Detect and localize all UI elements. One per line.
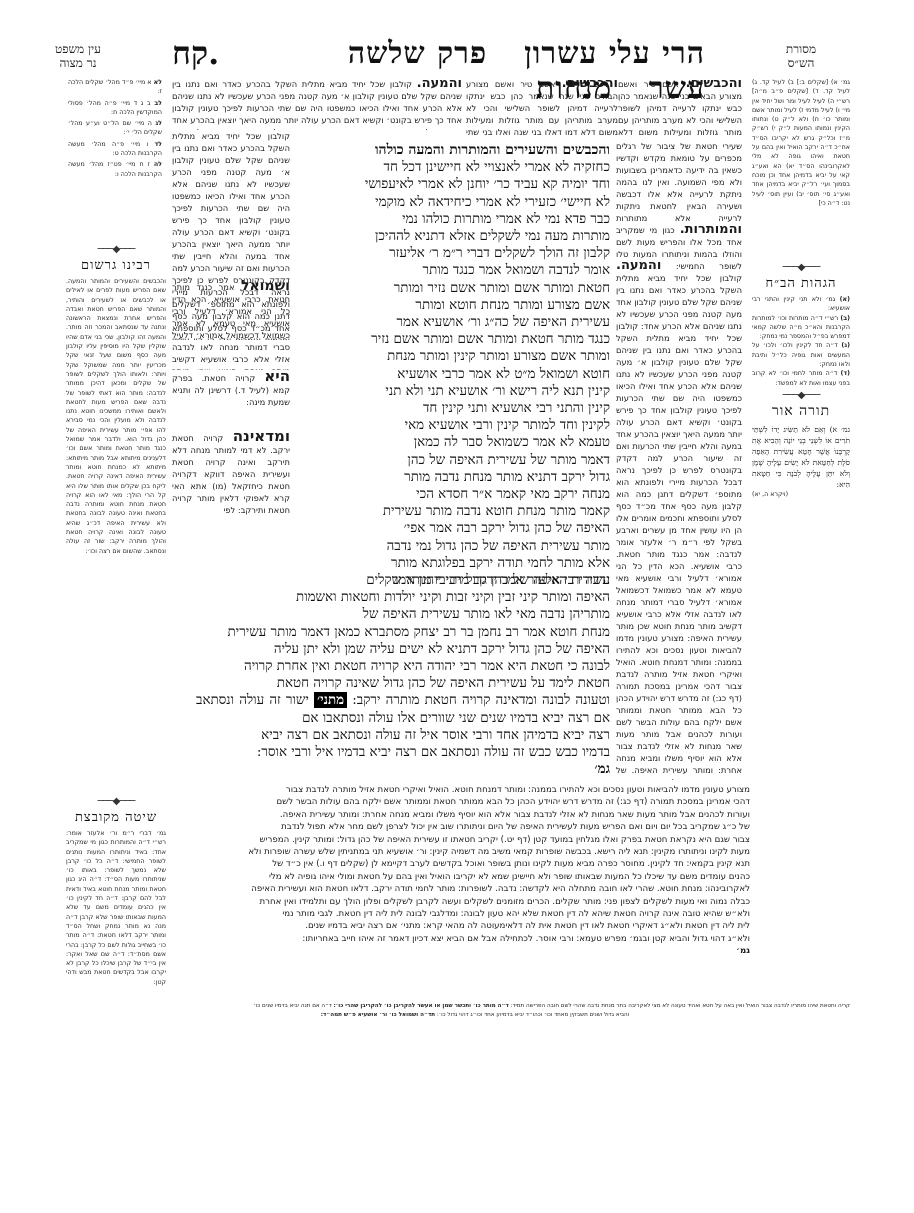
rashi-text: ועורות לכהנים אבל מותר מעות שאר מנחות לא… <box>616 729 742 775</box>
tosafot-dibur-hamatchil: והמעה. <box>417 78 462 91</box>
gemara-line: דאמר מותר של עשירית האיפה של כהן <box>296 452 610 469</box>
ein-mishpat-entry: לב ב ג ד מיי׳ פ״ה מהל׳ פסולי המוקדשין הל… <box>68 99 162 118</box>
gemara-line: חטאת לימד על עשירית האיפה של כהן גדול שא… <box>196 675 610 692</box>
tosafot-top: והמעה. קולבון שכל יחיד מביא מתלית השקל ב… <box>172 78 462 130</box>
gemara-line: קלבון זה הולך לשקלים דברי ר״מ ר׳ אליעזר <box>296 245 610 262</box>
daf-number: קח. <box>172 34 219 72</box>
gemara-line: כחזקיה לא אמרי לאנצויי לא חיישינן דכל חד <box>296 159 610 176</box>
commentary-line: תנא קינין בקמאי: חד לקינין. מחוסר כפרה מ… <box>170 858 750 870</box>
ornament-divider: ───◆─── <box>66 796 166 807</box>
gemara-line: גדול ירקב דתניא מותר מנחת נדבה מותר <box>296 469 610 486</box>
commentary-line: כבלה נמוה ואי מעות לשקלים לצפון פני: מות… <box>170 896 750 908</box>
gemara-line: לא חיישי׳ כזעירי לא אמרי כיחידאה לא מוקמ… <box>296 194 610 211</box>
shita-mekubetzet-title: שיטה מקובצת <box>66 809 166 825</box>
ein-mishpat-entry: לא א מיי׳ פ״ד מהל׳ שקלים הלכה ז: <box>68 78 162 97</box>
rashi-dibur-hamatchil: והכבשים. <box>562 78 618 91</box>
gemara-line: קאמר מותר מנחת חוטא נדבה מותר עשירית <box>296 503 610 520</box>
commentary-line: ועורות לכהנים אבל מותר מעות שאר מנחות לא… <box>170 809 750 821</box>
rashi-text: שעירי חטאת של ציבור של רגלים מכפרים על ט… <box>616 141 742 223</box>
torah-or-source: (ויקרא ה, יא) <box>752 490 850 499</box>
rashi-dibur-hamatchil: והכבשים. <box>686 78 742 91</box>
gemara-opening-line: והכבשים והשעירים והמותרות והמעה כולהו <box>296 142 610 159</box>
gemara-line: לקינין וחד למותר קינין ורבי אושעיא מאי <box>296 417 610 434</box>
gemara-line: אומר לנדבה ושמואל אמר כנגד מותר <box>296 262 610 279</box>
tosafot-text: אמר כנגד מותר חטאת. כרבי אושעיא. הכא הדי… <box>172 282 290 370</box>
ornament-divider: ───◆─── <box>752 390 850 401</box>
hagahot-habach-entries: (א) גמ׳ ולא תני קינין והתני רבי אושעיא: … <box>752 295 850 388</box>
gemara-line: אשם מצורע ומותר מנחת חוטא ומותר <box>296 297 610 314</box>
commentary-line: ולא״ש שהיא טובה אינה קרויה חטאת שיהא לה … <box>170 908 750 920</box>
gemara-line: וחד יומיה קא עביד כר׳ יוחנן לא אמרי לאיע… <box>296 176 610 193</box>
masoret-hashas-label: מסורת הש״ס <box>776 42 826 70</box>
gemara-line: חוטא ושמואל מ״ט לא אמר כרבי אושעיא <box>296 366 610 383</box>
gemara-line: ומותר אשם מצורע ומותר קינין ומותר מנחת <box>296 348 610 365</box>
gemara-line: האיפה של כהן גדול ירקב דתניא לא ישים עלי… <box>196 641 610 658</box>
gemara-marker: גמ׳ <box>196 761 610 778</box>
rashi-top-wide: והכבשים. אשם טיר ואשם מצורע הבאים בני שנ… <box>466 78 618 138</box>
gemara-line: כבר פדא נמי לא אמרי מותרות כולהו נמי <box>296 211 610 228</box>
rashi-dibur-hamatchil: והמותרות. <box>680 222 742 237</box>
gemara-line: מותר עשירית האיפה של כהן גדול נמי נדבה <box>296 538 610 555</box>
gemara-line: קינין תנא ליה רישא ור׳ אושעיא תני ולא תנ… <box>296 383 610 400</box>
gemara-line: וטעונה לבונה ומדאינה קרויה חטאת מותרה יר… <box>196 692 610 726</box>
commentary-line: מצורע טעונין מדמו להביאות וטעון נסכים וכ… <box>170 784 750 796</box>
tosafot-text: קרויה חטאת ירקב. לא דמי למותר מנחה דלא ת… <box>172 433 290 515</box>
rabbeinu-gershom-section: ───◆─── רבינו גרשום והכבשים והשעירים והמ… <box>66 238 166 757</box>
rashi-text: דהכי אמרינן במסכת תמורה (דף כג:) זה מדרש… <box>616 681 742 727</box>
ein-mishpat-label: עין משפט נר מצוה <box>48 42 108 70</box>
chapter-name: הרי עלי עשרון <box>524 36 705 71</box>
rashi-dibur-hamatchil: והמעה. <box>616 258 661 273</box>
gemara-line: לבונה כי חטאת היא אמר רבי יהודה היא קרוי… <box>196 658 610 675</box>
commentary-line: גמ׳ <box>170 945 750 957</box>
shita-mekubetzet-section: ───◆─── שיטה מקובצת גמ׳ דברי ר״מ ור׳ אלע… <box>66 790 166 1079</box>
torah-or-title: תורה אור <box>752 403 850 420</box>
commentary-line: לאקרובינהו: מנחת חוטא. שהרי לאו חובה מתח… <box>170 883 750 895</box>
gemara-wide-block: נדבה רבי אלעזר אמר ירקב מיתיבי מותר שקלי… <box>196 572 610 778</box>
tosafot-dibur-hamatchil: ושמואל <box>241 280 290 294</box>
commentary-line: של כ״ג שמקריב בכל יום ויום ואם הפריש מעו… <box>170 821 750 833</box>
shita-mekubetzet-text: גמ׳ דברי ר״מ ור׳ אלעזר אומר: רש״י ד״ה וה… <box>66 829 166 1079</box>
footnotes: קריה וחטאת שיהו מותריו לנדבה צבור הואיל … <box>100 1002 850 1020</box>
gemara-text-block: והכבשים והשעירים והמותרות והמעה כולהו כח… <box>296 142 610 589</box>
commentary-line: צבור שגם היא נקראת חטאת בפרק ואלו מגלחין… <box>170 834 750 846</box>
rabbeinu-gershom-title: רבינו גרשום <box>66 257 166 273</box>
rabbeinu-gershom-text: והכבשים והשעירים והמותר והמעה. שאם הפריש… <box>66 277 166 757</box>
mishnah-line: רצה יביא בדמיהן אחד ורבי אוסר איל זה עול… <box>196 727 610 744</box>
masoret-hashas-label-line2: הש״ס <box>776 56 826 70</box>
ein-mishpat-label-line2: נר מצוה <box>48 56 108 70</box>
ein-mishpat-entry: לה ז ח מיי׳ פט״ז מהל׳ מעשה הקרבנות הלכה … <box>68 160 162 179</box>
gemara-line: קינין והתני רבי אושעיא ותני קינין חד <box>296 400 610 417</box>
gemara-line: חטאת ומותר אשם ומותר אשם נזיר ומותר <box>296 280 610 297</box>
torah-or-verse: גמ׳ א) וְאִם לֹא תַשִּׂיג יָדוֹ לִשְׁתֵּ… <box>752 424 850 490</box>
rashi-text: אמר כנגד מותר חטאת. כרבי אושעיא. הכא הדי… <box>616 549 742 643</box>
gemara-line: מנחת חוטא אמר רב נחמן בר רב יצחק מסתברא … <box>196 624 610 641</box>
gemara-line: מותרות מעה נמי לשקלים אזלא דתניא לההיכן <box>296 228 610 245</box>
gemara-line: עשירית האיפה של כה״ג ור׳ אושעיא אמר <box>296 314 610 331</box>
tosafot-shmuel: ושמואל אמר כנגד מותר חטאת. כרבי אושעיא. … <box>172 280 290 370</box>
hagahot-habach-section: ───◆─── הגהות הב״ח (א) גמ׳ ולא תני קינין… <box>752 256 850 388</box>
mishnah-marker: מתני׳ <box>314 692 347 708</box>
mishnah-line: בדמיו כבש כבש זה עולה ונסתאב אם רצה יביא… <box>196 744 610 761</box>
hagahot-habach-title: הגהות הב״ח <box>752 275 850 291</box>
footnote-line: והביא גדול ושנים תשבקין מאחד וכו׳ וכהו״ד… <box>100 1011 850 1020</box>
gemara-line: טעמא לא אמר כשמואל סבר לה כמאן <box>296 434 610 451</box>
ein-mishpat-column: לא א מיי׳ פ״ד מהל׳ שקלים הלכה ז: לב ב ג … <box>68 78 162 181</box>
gemara-line: האיפה ומותר קיני זבין וקיני זבות וקיני י… <box>196 589 610 606</box>
ein-mishpat-entry: לד ו מיי׳ פ״ה מהל׳ מעשה הקרבנות הלכה ט: <box>68 140 162 159</box>
gemara-line: כנגד מותר חטאת ומותר אשם ומותר אשם נזיר <box>296 331 610 348</box>
tosafot-dibur-hamatchil: ומדאינה <box>233 430 290 445</box>
masoret-hashas-column: גמ׳ א) [שקלים ב:] ב) לעיל קד. ג) לעיל קד… <box>752 78 850 256</box>
tosafot-dibur-hamatchil: היא <box>264 370 290 385</box>
commentary-line: לית ליה דין חטאת ולא״ג דאיקרי חטאת לאו ד… <box>170 920 750 932</box>
hagahot-entry: (ג) ד״ה חד לקינין ולכו׳ ולכו׳ על המעשים … <box>752 341 850 369</box>
gemara-line: מותריהן נדבה מאי לאו מותר עשירית האיפה ש… <box>196 606 610 623</box>
tosafot-umidaina: ומדאינה קרויה חטאת ירקב. לא דמי למותר מנ… <box>172 430 290 540</box>
torah-or-section: ───◆─── תורה אור גמ׳ א) וְאִם לֹא תַשִּׂ… <box>752 384 850 499</box>
gemara-line: אלא מותר לחמי תודה ירקב בפלוגתא מותר <box>296 555 610 572</box>
masoret-hashas-label-line1: מסורת <box>776 42 826 56</box>
rashi-column: שעירי חטאת של ציבור של רגלים מכפרים על ט… <box>616 140 742 780</box>
tosafot-hi: היא קרויה חטאת. בפרק קמא (לעיל ד.) דרשינ… <box>172 370 290 430</box>
rashi-text: קולבון שכל יחיד מביא מתלית השקל בהכרע כא… <box>616 321 742 559</box>
bottom-commentary: מצורע טעונין מדמו להביאות וטעון נסכים וכ… <box>170 784 750 958</box>
ornament-divider: ───◆─── <box>752 262 850 273</box>
commentary-line: ולא״ג דהוי גדול והביא קטן ובגמ׳ מפרש טעמ… <box>170 933 750 945</box>
commentary-line: דהכי אמרינן במסכת תמורה (דף כג:) זה מדרש… <box>170 796 750 808</box>
footnote-line: קריה וחטאת שיהו מותריו לנדבה צבור הואיל … <box>100 1002 850 1011</box>
ein-mishpat-label-line1: עין משפט <box>48 42 108 56</box>
ein-mishpat-entry: לג ה מיי׳ שם הל״ט וע״ע מהל׳ שקלים הל׳ י׳… <box>68 119 162 138</box>
rashi-top: והכבשים. אשם טיר ואשם מצורע הבאים בני שנ… <box>618 78 742 136</box>
hagahot-entry: (ב) רש״י ד״ה מותרות וכו׳ למותרות הקרבנות… <box>752 314 850 342</box>
gemara-line: מנחה ירקב מאי קאמר א״ר חסדא הכי <box>296 486 610 503</box>
commentary-line: כהנים עומדים משם עד שיכלו כל המעות שבאות… <box>170 871 750 883</box>
ornament-divider: ───◆─── <box>66 244 166 255</box>
hagahot-entry: (א) גמ׳ ולא תני קינין והתני רבי אושעיא: <box>752 295 850 314</box>
gemara-line: נדבה רבי אלעזר אמר ירקב מיתיבי מותר שקלי… <box>196 572 610 589</box>
commentary-line: מעות לקינו וניתותרו מקינין: תנא ליה רישא… <box>170 846 750 858</box>
gemara-line: האיפה של כהן גדול ירקב רבה אמר אפי׳ <box>296 520 610 537</box>
